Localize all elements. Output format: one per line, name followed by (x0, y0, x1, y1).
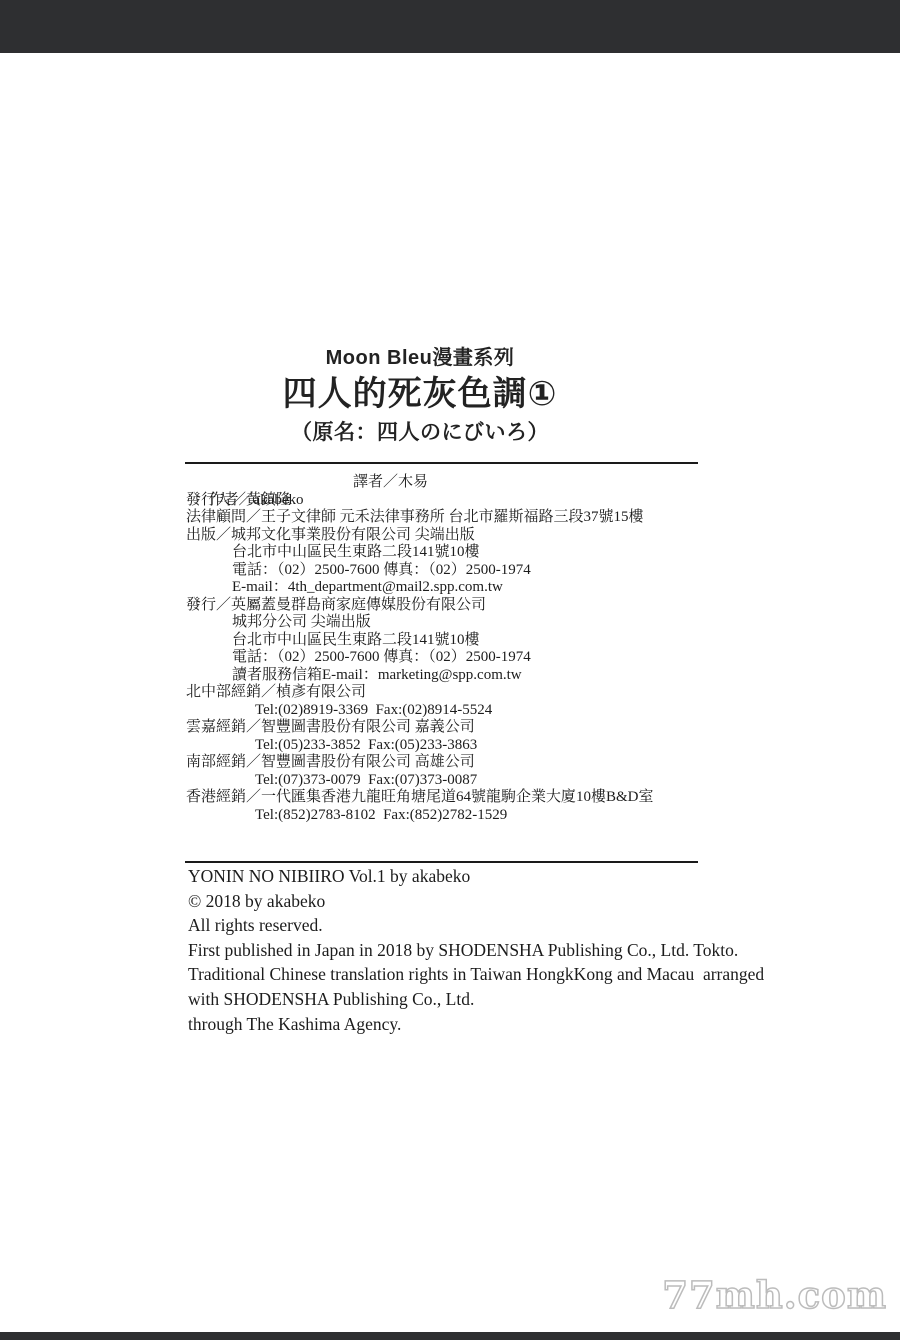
credits-row: 電話：（02）2500-7600 傳真：（02）2500-1974 (186, 562, 746, 580)
credits-row: 雲嘉經銷／智豐圖書股份有限公司 嘉義公司 (186, 719, 746, 737)
watermark: 77mh.com (662, 1277, 887, 1314)
copyright-line: YONIN NO NIBIIRO Vol.1 by akabeko (188, 864, 808, 889)
copyright-line: through The Kashima Agency. (188, 1012, 808, 1037)
original-title: （原名：四人のにびいろ） (140, 420, 700, 445)
credits-row: Tel:(07)373-0079 Fax:(07)373-0087 (186, 772, 746, 790)
translator-credit: 譯者／木易 (353, 474, 428, 492)
bottom-letterbox-bar (0, 1332, 900, 1340)
copyright-line: with SHODENSHA Publishing Co., Ltd. (188, 987, 808, 1012)
copyright-line: All rights reserved. (188, 913, 808, 938)
credits-row: E-mail：4th_department@mail2.spp.com.tw (186, 579, 746, 597)
credits-row: 南部經銷／智豐圖書股份有限公司 高雄公司 (186, 754, 746, 772)
top-letterbox-bar (0, 0, 900, 53)
credits-row: 讀者服務信箱E-mail：marketing@spp.com.tw (186, 667, 746, 685)
series-name: Moon Bleu漫畫系列 (140, 346, 700, 370)
copyright-line: © 2018 by akabeko (188, 889, 808, 914)
credits-row: Tel:(02)8919-3369 Fax:(02)8914-5524 (186, 702, 746, 720)
credits-row: 發行人／黃鎮隆 (186, 492, 746, 510)
book-title: 四人的死灰色調① (140, 375, 700, 413)
credits-row: Tel:(05)233-3852 Fax:(05)233-3863 (186, 737, 746, 755)
publishing-credits: 作者／akabeko 譯者／木易 發行人／黃鎮隆 法律顧問／王子文律師 元禾法律… (186, 474, 746, 824)
credits-row: 北中部經銷／楨彥有限公司 (186, 684, 746, 702)
divider-top (185, 462, 698, 464)
credits-row: 城邦分公司 尖端出版 (186, 614, 746, 632)
divider-bottom (185, 861, 698, 863)
credits-row: 香港經銷／一代匯集香港九龍旺角塘尾道64號龍駒企業大廈10樓B&D室 (186, 789, 746, 807)
copyright-line: Traditional Chinese translation rights i… (188, 962, 808, 987)
credits-row-author-translator: 作者／akabeko 譯者／木易 (186, 474, 746, 492)
credits-row: 台北市中山區民生東路二段141號10樓 (186, 544, 746, 562)
credits-row: 法律顧問／王子文律師 元禾法律事務所 台北市羅斯福路三段37號15樓 (186, 509, 746, 527)
credits-row: 發行／英屬蓋曼群島商家庭傳媒股份有限公司 (186, 597, 746, 615)
copyright-line: First published in Japan in 2018 by SHOD… (188, 938, 808, 963)
manga-colophon-page: Moon Bleu漫畫系列 四人的死灰色調① （原名：四人のにびいろ） 作者／a… (0, 0, 900, 1340)
credits-row: Tel:(852)2783-8102 Fax:(852)2782-1529 (186, 807, 746, 825)
credits-row: 台北市中山區民生東路二段141號10樓 (186, 632, 746, 650)
credits-row: 電話：（02）2500-7600 傳真：（02）2500-1974 (186, 649, 746, 667)
credits-row: 出版／城邦文化事業股份有限公司 尖端出版 (186, 527, 746, 545)
copyright-block: YONIN NO NIBIIRO Vol.1 by akabeko © 2018… (188, 864, 808, 1036)
title-block: Moon Bleu漫畫系列 四人的死灰色調① （原名：四人のにびいろ） (140, 346, 700, 445)
